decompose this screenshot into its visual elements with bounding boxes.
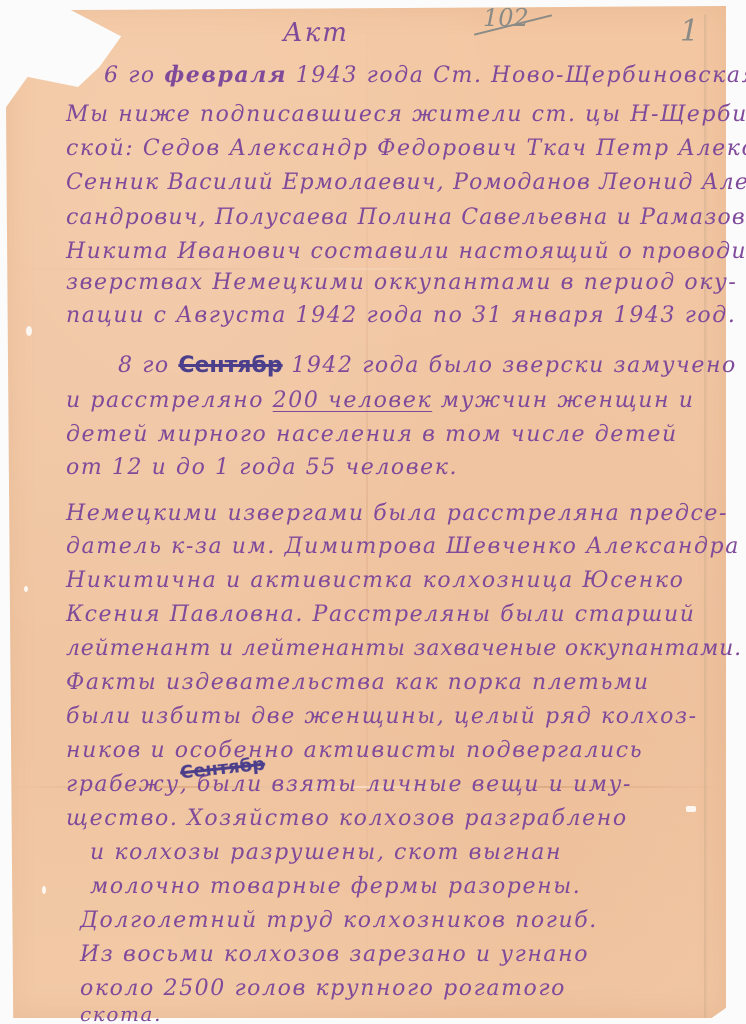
paper-hole <box>24 586 28 592</box>
month-stamp: Сентябр <box>178 355 282 377</box>
text-line: были избиты две женщины, целый ряд колхо… <box>66 706 698 728</box>
paper-hole <box>42 886 46 894</box>
text-line: от 12 и до 1 года 55 человек. <box>66 457 458 479</box>
text-line: ской: Седов Александр Федорович Ткач Пет… <box>66 138 746 160</box>
text-line-september: 8 го Сентябр 1942 года было зверски заму… <box>118 355 737 377</box>
text-line: Сенник Василий Ермолаевич, Ромоданов Лео… <box>66 172 746 194</box>
text-line: молочно товарные фермы разорены. <box>90 876 581 898</box>
page-number-pencil: 1 <box>680 14 699 49</box>
text-line: детей мирного населения в том числе дете… <box>66 424 678 446</box>
text-line: около 2500 голов крупного рогатого <box>80 978 566 1000</box>
text-line: пации с Августа 1942 года по 31 января 1… <box>66 305 736 327</box>
text-line: Из восьми колхозов зарезано и угнано <box>80 944 589 966</box>
date-place-line: 6 го февраля 1943 года Ст. Ново-Щербинов… <box>104 64 746 87</box>
text-line: щество. Хозяйство колхозов разграблено <box>66 808 628 830</box>
archive-number-pencil: 102 <box>483 4 529 32</box>
text-line: и колхозы разрушены, скот выгнан <box>90 842 562 864</box>
document-scan: 102 1 Акт 6 го февраля 1943 года Ст. Нов… <box>0 0 746 1024</box>
casualty-count: 200 человек <box>273 388 433 413</box>
paper-hole <box>26 326 32 336</box>
text-line: Факты издевательства как порка плетьми <box>66 672 650 694</box>
text-line: ников и особенно активисты подвергались <box>66 740 643 762</box>
text-line: Немецкими извергами была расстреляна пре… <box>66 503 728 525</box>
text-line: датель к-за им. Димитрова Шевченко Алекс… <box>66 536 740 558</box>
text-line: сандрович, Полусаева Полина Савельевна и… <box>66 207 746 229</box>
date-month: февраля <box>164 62 287 88</box>
text-line: Долголетний труд колхозников погиб. <box>80 910 598 932</box>
text-line-casualties: и расстреляно 200 человек мужчин женщин … <box>66 390 695 412</box>
text-line-property: грабежу, были взяты личные вещи и иму- <box>66 774 632 796</box>
text-line: Ксения Павловна. Расстреляны были старши… <box>66 604 696 626</box>
text-line: Никита Иванович составили настоящий о пр… <box>66 241 746 263</box>
paper-tear <box>686 806 696 812</box>
document-title: Акт <box>283 20 349 46</box>
text-line: Никитична и активистка колхозница Юсенко <box>66 570 684 592</box>
text-line: лейтенант и лейтенанты захваченые оккупа… <box>66 638 742 660</box>
text-line: Мы ниже подписавшиеся жители ст. цы Н-Ще… <box>66 104 746 126</box>
text-line: зверствах Немецкими оккупантами в период… <box>66 272 737 294</box>
text-line-last: скота. <box>80 1004 162 1024</box>
